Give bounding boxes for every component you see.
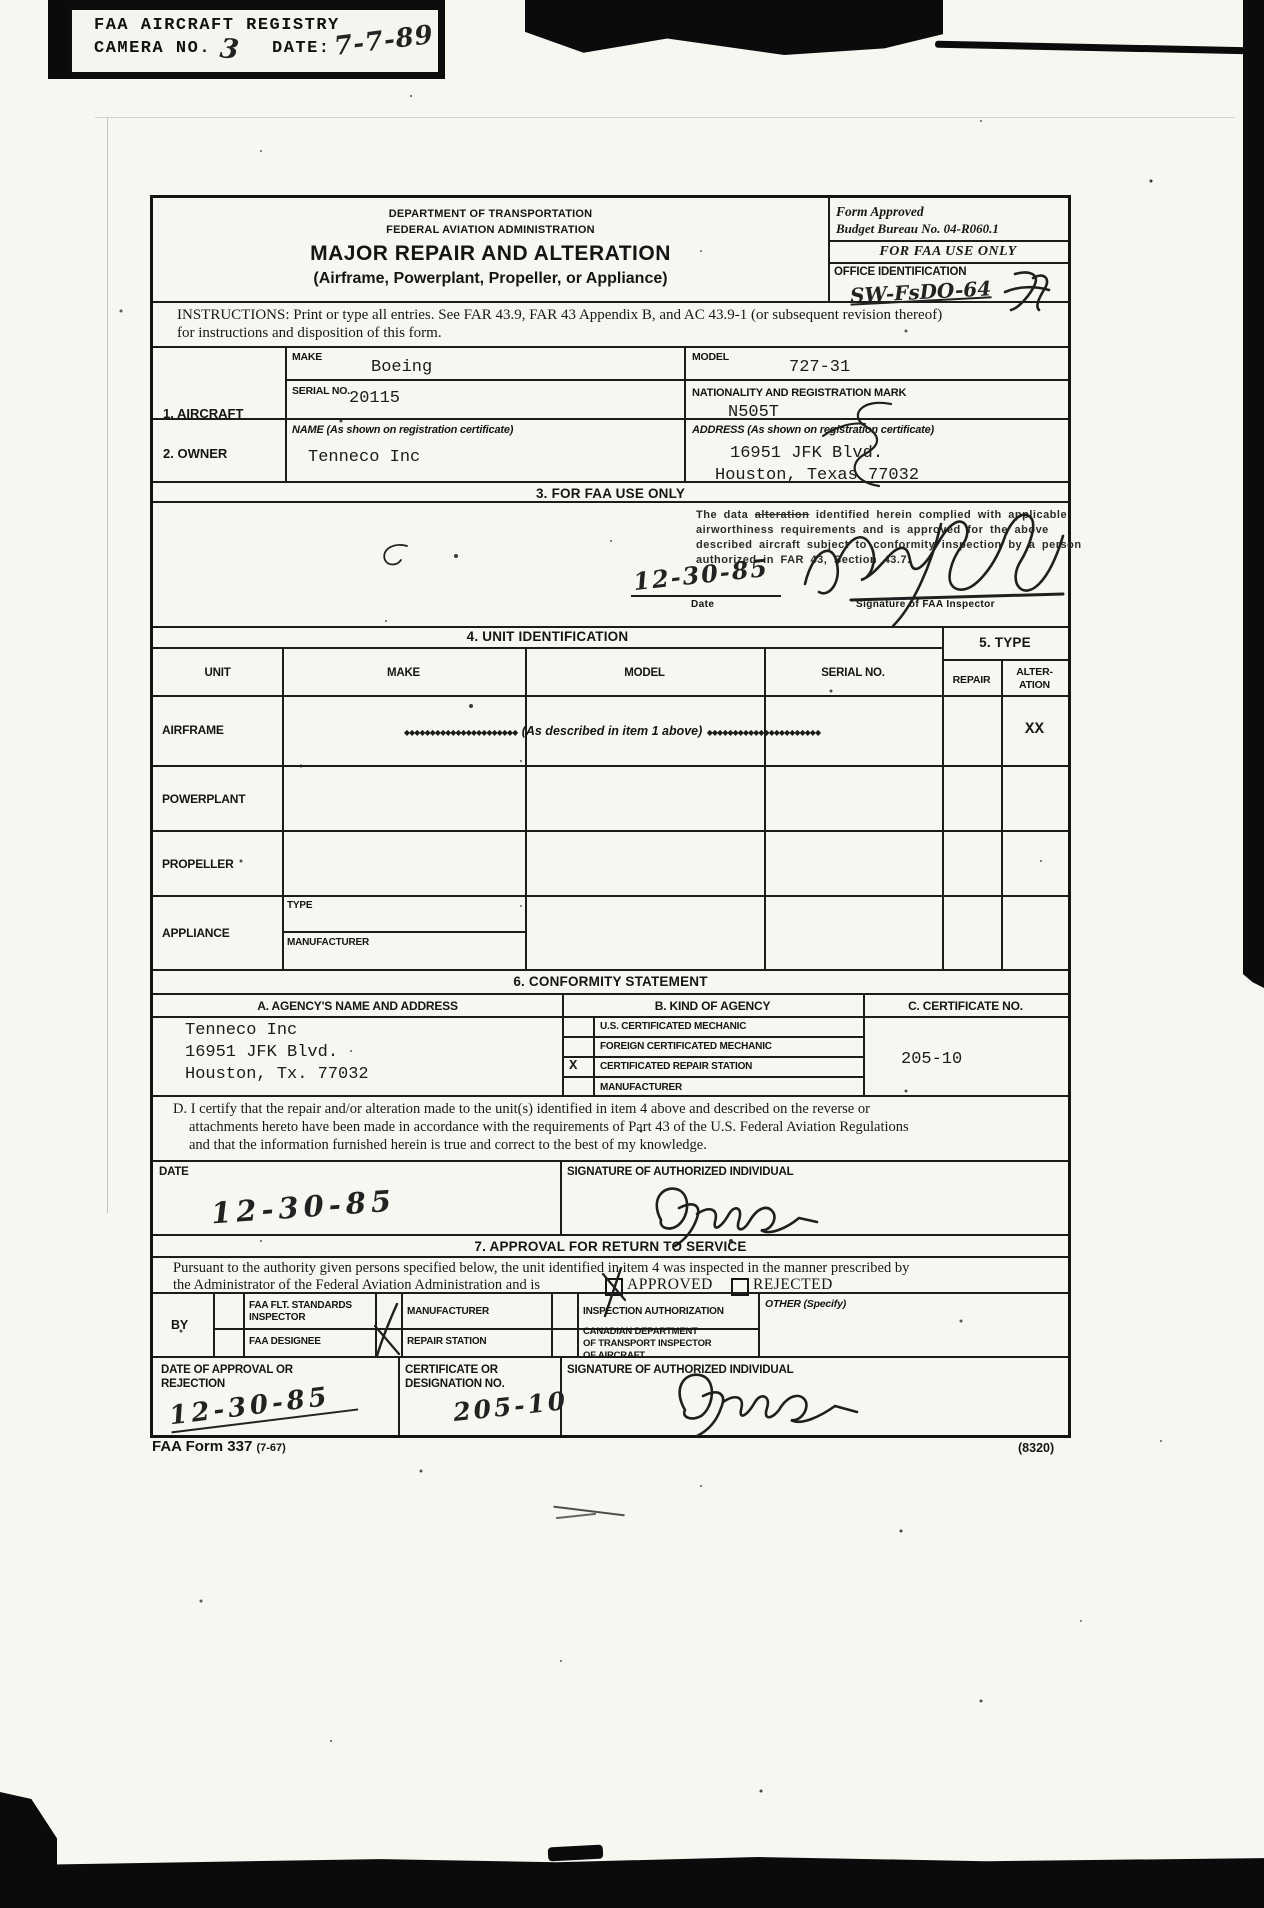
conformity-signature-label: SIGNATURE OF AUTHORIZED INDIVIDUAL [567,1166,793,1178]
grid-line [764,647,766,969]
registry-stamp-camera-value: 3 [218,33,240,66]
appliance-type-label: TYPE [287,900,312,911]
by-faa-designee-label: FAA DESIGNEE [249,1336,321,1347]
grid-line [562,1036,863,1038]
serial-col-header: SERIAL NO. [764,667,942,679]
grid-line [243,1292,245,1356]
airframe-span-decor-left: ◆◆◆◆◆◆◆◆◆◆◆◆◆◆◆◆◆◆◆◆◆◆ [404,728,517,737]
form-approved-line2: Budget Bureau No. 04-R060.1 [836,221,999,237]
powerplant-row-label: POWERPLANT [162,792,245,806]
conformity-date-label: DATE [159,1166,189,1178]
scan-artifact-bottom-bar [0,1856,1264,1908]
owner-name-value: Tenneco Inc [308,448,420,467]
kind-us-certificated-mechanic: U.S. CERTIFICATED MECHANIC [600,1021,746,1032]
alteration-col-header-line1: ALTER- [1001,666,1068,678]
rejected-checkbox [731,1278,749,1296]
section5-type-title: 5. TYPE [942,635,1068,650]
certification-line2: attachments hereto have been made in acc… [189,1119,909,1136]
grid-line [153,481,1068,483]
grid-line [285,346,287,481]
by-inspection-authorization-label: INSPECTION AUTHORIZATION [583,1306,724,1317]
grid-line [213,1292,215,1356]
approval-date-label-line2: REJECTION [161,1378,225,1390]
faa-form-337: DEPARTMENT OF TRANSPORTATION FEDERAL AVI… [150,195,1071,1438]
agency-name-header: A. AGENCY'S NAME AND ADDRESS [153,999,562,1013]
registry-stamp-camera-label: CAMERA NO. [94,39,211,58]
scan-artifact-bottom-left [0,1792,57,1908]
grid-line [551,1292,553,1356]
airframe-span-decor-right: ◆◆◆◆◆◆◆◆◆◆◆◆◆◆◆◆◆◆◆◆◆◆ [707,728,820,737]
grid-line [758,1292,760,1356]
scan-artifact-blob [548,1845,604,1862]
grid-line [942,659,1068,661]
pursuant-line2: the Administrator of the Federal Aviatio… [173,1277,540,1294]
kind-certificated-repair-station: CERTIFICATED REPAIR STATION [600,1061,752,1072]
grid-line [153,346,1068,348]
office-id-initials-scribble [995,268,1055,312]
by-repair-station-label: REPAIR STATION [407,1336,486,1347]
registry-stamp-box: FAA AIRCRAFT REGISTRY CAMERA NO. 3 DATE:… [68,6,442,76]
scanned-document-page: FAA AIRCRAFT REGISTRY CAMERA NO. 3 DATE:… [0,0,1264,1908]
agency-address-line3: Houston, Tx. 77032 [185,1065,369,1084]
agency-address-line1: Tenneco Inc [185,1021,297,1040]
footer-form-number: FAA Form 337 (7-67) [152,1438,286,1455]
owner-name-label: NAME (As shown on registration certifica… [292,424,513,436]
office-identification-label: OFFICE IDENTIFICATION [834,266,966,278]
grid-line [153,1256,1068,1258]
aircraft-make-value: Boeing [371,358,432,377]
authorized-individual-signature [631,1180,841,1246]
grid-line [282,647,284,969]
approval-certificate-value: 205-10 [452,1386,570,1427]
by-canadian-dept-line1: CANADIAN DEPARTMENT [583,1326,698,1337]
kind-of-agency-header: B. KIND OF AGENCY [562,999,863,1013]
footer-form-number-text: FAA Form 337 [152,1438,252,1455]
form-title: MAJOR REPAIR AND ALTERATION [153,242,828,266]
footer-form-edition: (7-67) [256,1442,285,1454]
header-administration: FEDERAL AVIATION ADMINISTRATION [153,224,828,236]
aircraft-model-label: MODEL [692,351,729,363]
airframe-alteration-mark: XX [1001,720,1068,738]
section7-title: 7. APPROVAL FOR RETURN TO SERVICE [153,1239,1068,1254]
unit-col-header: UNIT [153,667,282,679]
scan-artifact-streak [935,41,1250,55]
make-col-header: MAKE [282,667,525,679]
section6-title: 6. CONFORMITY STATEMENT [153,974,1068,989]
conformity-date-value: 12-30-85 [210,1184,397,1231]
section-owner-label: 2. OWNER [163,446,227,461]
footer-code: (8320) [1018,1441,1054,1455]
airframe-row-label: AIRFRAME [162,723,224,737]
grid-line [153,418,1068,420]
propeller-row-label: PROPELLER [162,857,234,871]
certification-line3: and that the information furnished herei… [189,1137,707,1154]
grid-line [153,765,1068,767]
certificate-no-value: 205-10 [901,1050,962,1069]
grid-line [398,1356,400,1435]
grid-line [1001,659,1003,969]
agency-address-line2: 16951 JFK Blvd. [185,1043,338,1062]
header-department: DEPARTMENT OF TRANSPORTATION [153,208,828,220]
grid-line [153,1095,1068,1097]
faa-stamp-signature-label: Signature of FAA Inspector [856,599,995,610]
by-canadian-dept-line2: OF TRANSPORT INSPECTOR [583,1338,711,1349]
by-manufacturer-label: MANUFACTURER [407,1306,489,1317]
grid-line [153,647,942,649]
fold-line [107,118,108,1213]
kind-foreign-certificated-mechanic: FOREIGN CERTIFICATED MECHANIC [600,1041,772,1052]
approved-label: APPROVED [627,1276,713,1294]
registry-stamp-line1: FAA AIRCRAFT REGISTRY [94,16,340,35]
aircraft-serial-label: SERIAL NO. [292,385,350,397]
registry-stamp-date-value: 7-7-89 [333,20,436,62]
aircraft-registration-value: N505T [728,403,779,422]
section-aircraft-label: 1. AIRCRAFT [163,406,243,421]
scan-noise [0,0,2,2]
by-faa-flt-standards-inspector-line1: FAA FLT. STANDARDS [249,1300,352,1311]
certification-line1: D. I certify that the repair and/or alte… [173,1101,870,1118]
repair-station-check-mark [371,1302,403,1358]
faa-stamp-pre: The data [696,509,748,521]
alteration-col-header-line2: ATION [1001,679,1068,691]
kind-repair-station-mark: X [569,1058,577,1074]
grid-line [153,695,1068,697]
for-faa-use-only-label: FOR FAA USE ONLY [828,244,1068,260]
airframe-span-entry: ◆◆◆◆◆◆◆◆◆◆◆◆◆◆◆◆◆◆◆◆◆◆ (As described in … [282,722,942,740]
grid-line [153,1016,1068,1018]
grid-line [153,1160,1068,1162]
grid-line [562,1076,863,1078]
form-subtitle: (Airframe, Powerplant, Propeller, or App… [153,270,828,288]
form-approved-line1: Form Approved [836,204,924,220]
repair-col-header: REPAIR [942,674,1001,686]
grid-line [153,895,1068,897]
by-label: BY [171,1318,188,1332]
appliance-manufacturer-label: MANUFACTURER [287,937,369,948]
approval-certificate-label-line1: CERTIFICATE OR [405,1364,498,1376]
instructions-line1: INSTRUCTIONS: Print or type all entries.… [177,307,942,324]
small-pen-mark [373,538,413,568]
aircraft-serial-value: 20115 [349,389,400,408]
by-canadian-dept-line3: OF AIRCRAFT [583,1350,645,1361]
model-col-header: MODEL [525,667,764,679]
approval-signature [651,1366,881,1438]
grid-line [577,1292,579,1356]
by-other-specify-label: OTHER (Specify) [765,1298,846,1310]
grid-line [282,931,525,933]
faa-stamp-date-value: 12-30-85 [632,553,770,596]
aircraft-make-label: MAKE [292,351,322,363]
rejected-label: REJECTED [753,1276,833,1294]
grid-line [684,346,686,481]
grid-line [287,379,1068,381]
scan-artifact-top-band [525,0,943,55]
scan-artifact-right-strip [1243,0,1264,988]
date-underline [631,595,781,597]
fold-line [95,117,1235,118]
grid-line [153,830,1068,832]
approval-date-label-line1: DATE OF APPROVAL OR [161,1364,293,1376]
appliance-row-label: APPLIANCE [162,926,230,940]
grid-line [560,1160,562,1234]
by-faa-flt-standards-inspector-line2: INSPECTOR [249,1312,305,1323]
grid-line [153,1234,1068,1236]
instructions-line2: for instructions and disposition of this… [177,325,442,342]
grid-line [593,1016,595,1095]
grid-line [153,993,1068,995]
approval-certificate-label-line2: DESIGNATION NO. [405,1378,505,1390]
certificate-no-header: C. CERTIFICATE NO. [863,999,1068,1013]
grid-line [562,1056,863,1058]
grid-line [525,647,527,969]
registry-stamp-date-label: DATE: [272,39,331,58]
section4-title: 4. UNIT IDENTIFICATION [153,629,942,644]
pen-curve-scribble [813,358,903,498]
grid-line [830,262,1068,264]
grid-line [830,240,1068,242]
smudge [556,1513,596,1519]
faa-stamp-date-label: Date [691,599,714,610]
kind-manufacturer: MANUFACTURER [600,1082,682,1093]
grid-line [153,969,1068,971]
pursuant-line1: Pursuant to the authority given persons … [173,1260,909,1277]
airframe-span-text: (As described in item 1 above) [522,724,703,738]
